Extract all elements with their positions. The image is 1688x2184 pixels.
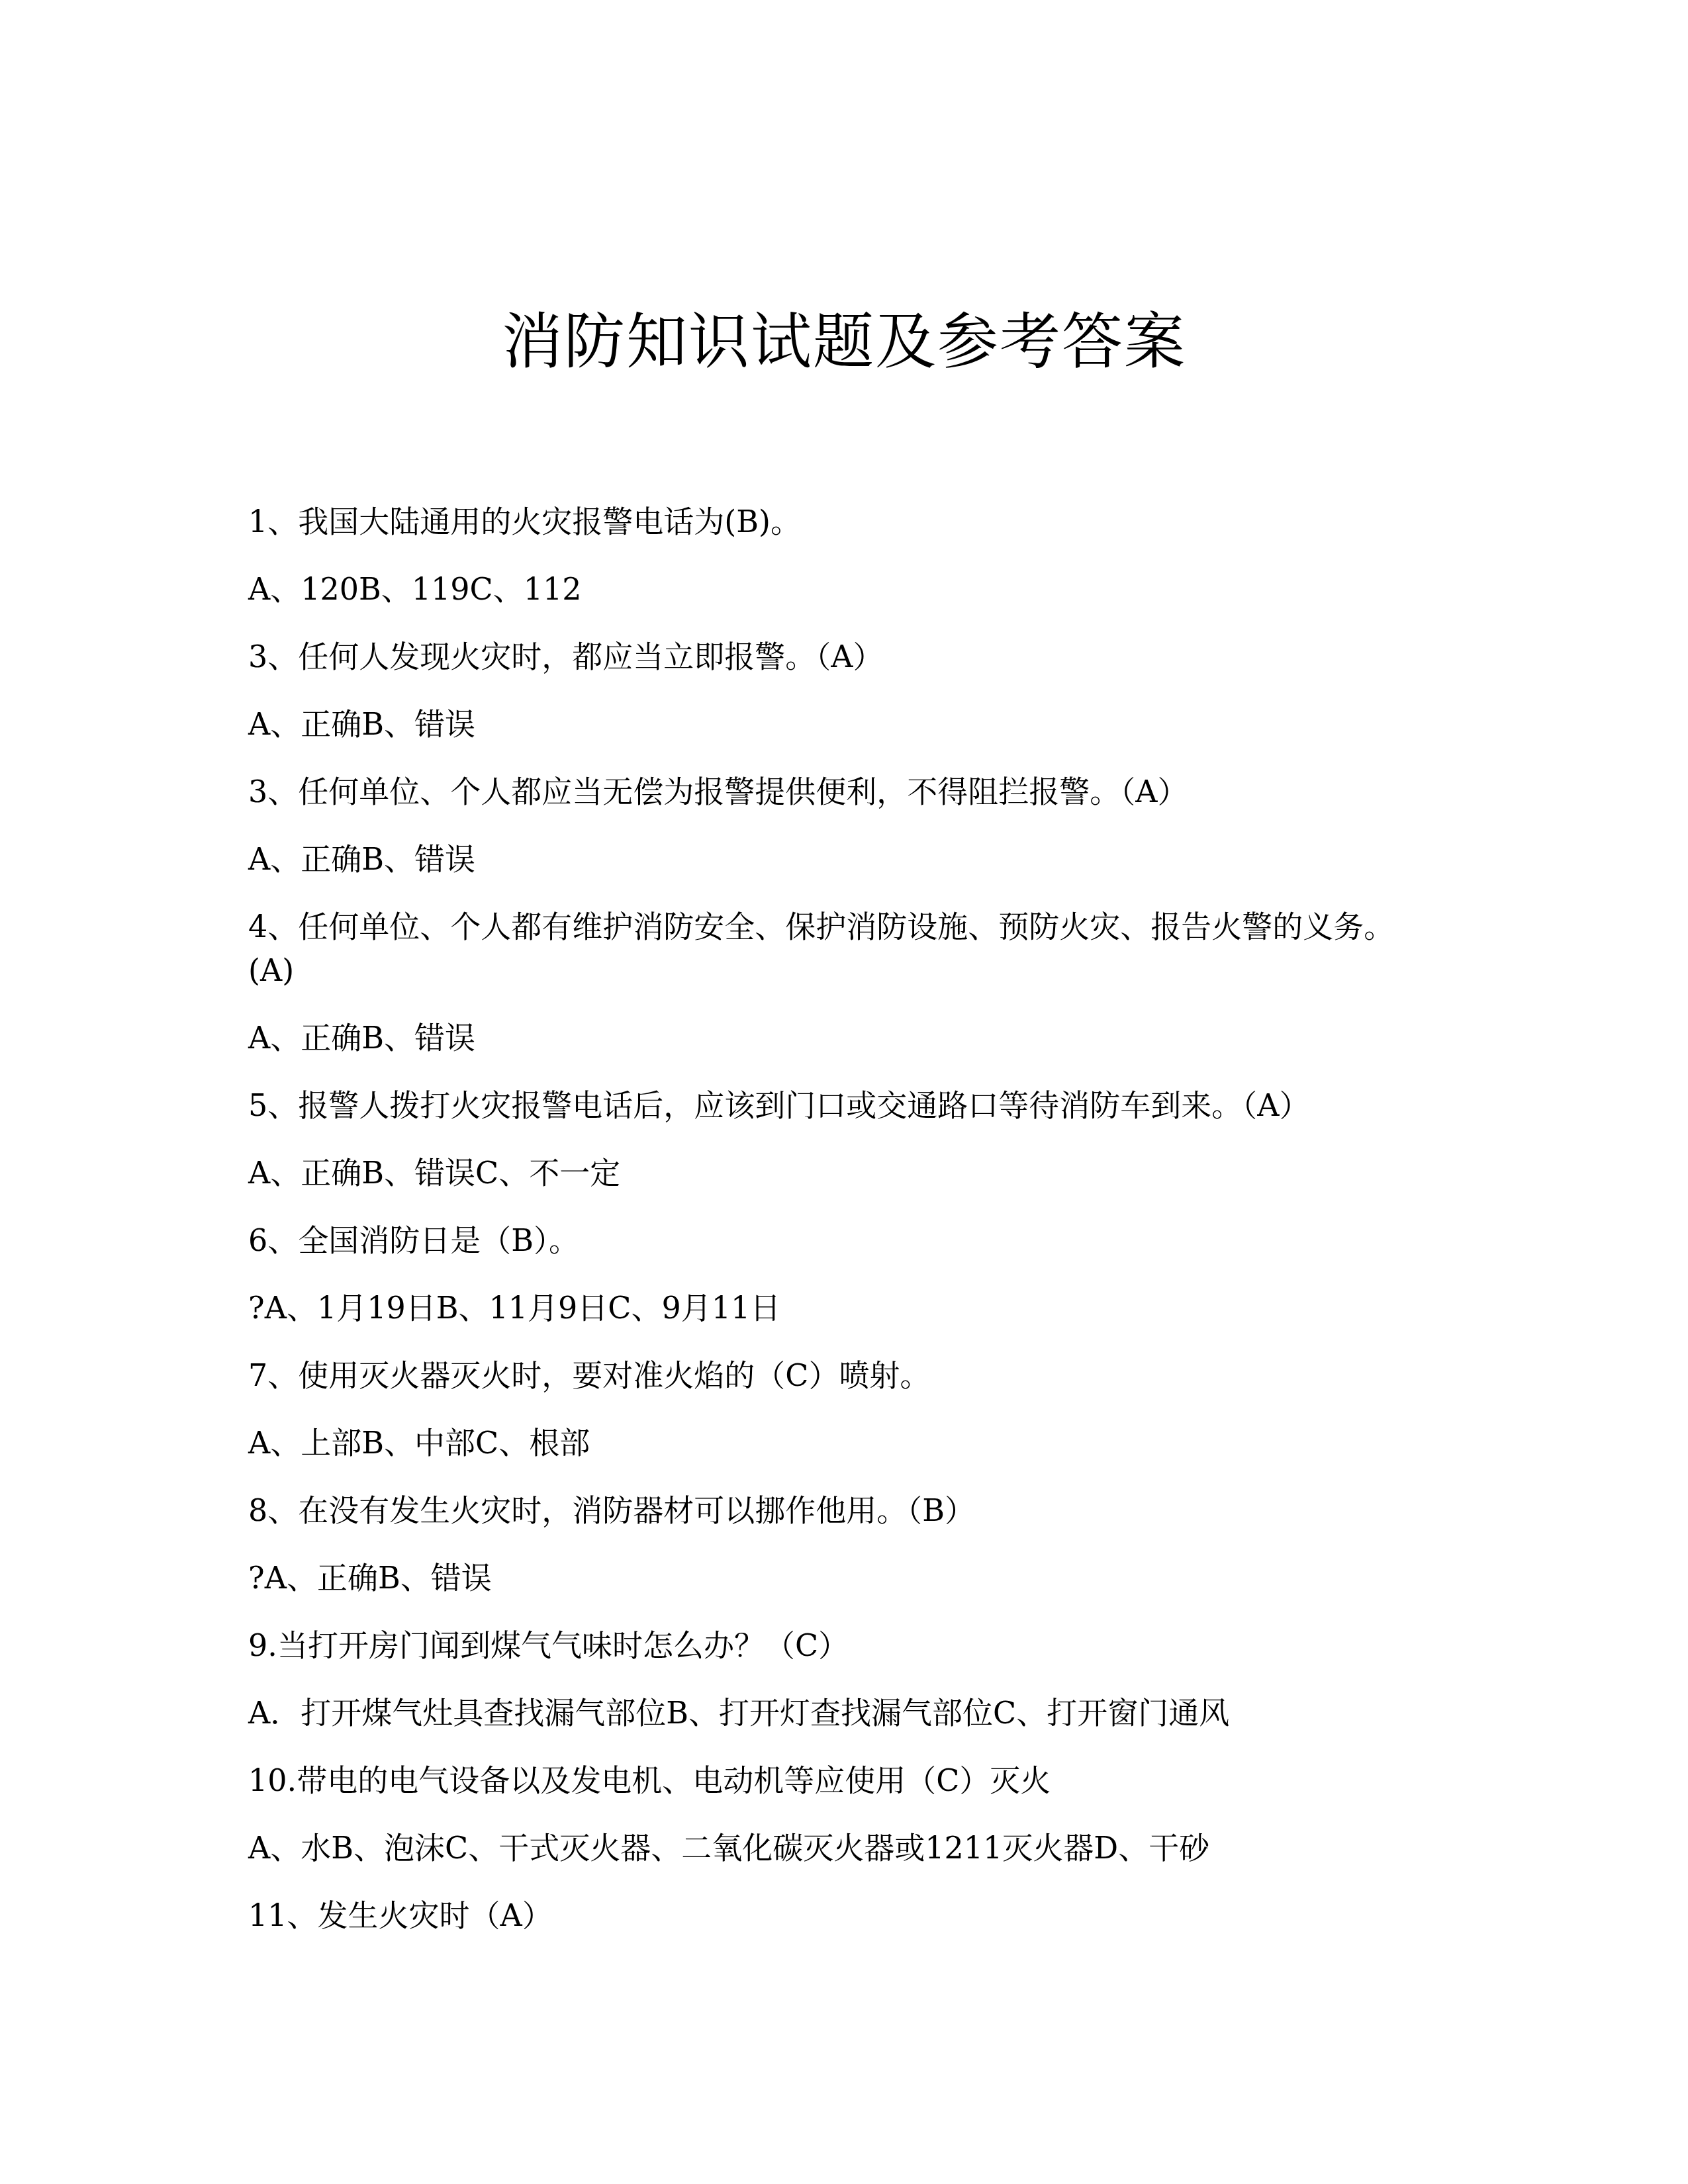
question-5: 5、报警人拨打火灾报警电话后，应该到门口或交通路口等待消防车到来。（A） <box>248 1083 1440 1127</box>
options-1: A、120B、119C、112 <box>248 567 1440 611</box>
question-7: 7、使用灭火器灭火时，要对准火焰的（C）喷射。 <box>248 1353 1440 1397</box>
question-3b: 3、任何单位、个人都应当无偿为报警提供便利，不得阻拦报警。（A） <box>248 770 1440 813</box>
document-page: 消防知识试题及参考答案 1、我国大陆通用的火灾报警电话为(B)。 A、120B、… <box>0 0 1688 2184</box>
options-5: A、正确B、错误C、不一定 <box>248 1151 1440 1195</box>
question-3a: 3、任何人发现火灾时，都应当立即报警。（A） <box>248 635 1440 678</box>
question-list: 1、我国大陆通用的火灾报警电话为(B)。 A、120B、119C、112 3、任… <box>248 500 1440 1961</box>
options-6: ?A、1月19日B、11月9日C、9月11日 <box>248 1286 1440 1330</box>
question-4: 4、任何单位、个人都有维护消防安全、保护消防设施、预防火灾、报告火警的义务。(A… <box>248 905 1433 992</box>
options-4: A、正确B、错误 <box>248 1016 1440 1060</box>
question-9: 9.当打开房门闻到煤气气味时怎么办？（C） <box>248 1623 1440 1667</box>
options-3b: A、正确B、错误 <box>248 837 1440 881</box>
options-8: ?A、正确B、错误 <box>248 1556 1440 1600</box>
question-10: 10.带电的电气设备以及发电机、电动机等应使用（C）灭火 <box>248 1758 1440 1802</box>
question-6: 6、全国消防日是（B）。 <box>248 1218 1440 1262</box>
options-9: A．打开煤气灶具查找漏气部位B、打开灯查找漏气部位C、打开窗门通风 <box>248 1691 1440 1735</box>
options-3a: A、正确B、错误 <box>248 702 1440 746</box>
options-7: A、上部B、中部C、根部 <box>248 1421 1440 1465</box>
question-11: 11、发生火灾时（A） <box>248 1893 1440 1937</box>
options-10: A、水B、泡沫C、干式灭火器、二氧化碳灭火器或1211灭火器D、干砂 <box>248 1826 1440 1870</box>
document-title: 消防知识试题及参考答案 <box>0 302 1688 382</box>
question-1: 1、我国大陆通用的火灾报警电话为(B)。 <box>248 500 1440 543</box>
question-8: 8、在没有发生火灾时，消防器材可以挪作他用。（B） <box>248 1488 1440 1532</box>
